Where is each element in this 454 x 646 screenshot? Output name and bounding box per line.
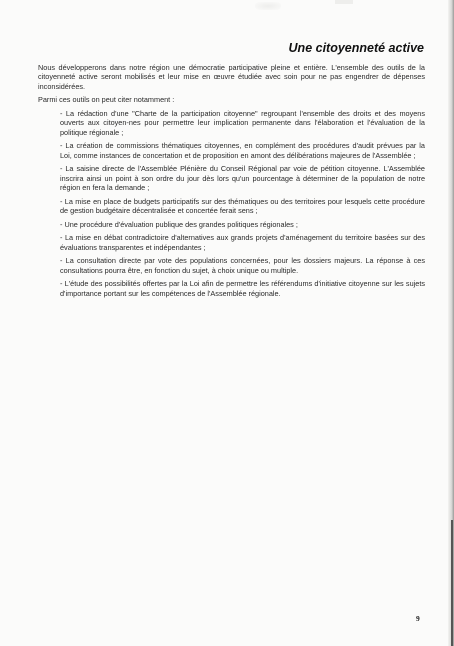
scan-artifact — [255, 2, 281, 10]
list-item: - La mise en débat contradictoire d'alte… — [60, 233, 425, 252]
list-item: - La saisine directe de l'Assemblée Plén… — [60, 164, 425, 192]
list-item: - L'étude des possibilités offertes par … — [60, 279, 425, 298]
section-title: Une citoyenneté active — [289, 41, 424, 55]
list-item: - La rédaction d'une "Charte de la parti… — [60, 109, 425, 137]
page-number: 9 — [416, 614, 420, 623]
lead-paragraph: Parmi ces outils on peut citer notamment… — [38, 95, 425, 104]
intro-paragraph: Nous développerons dans notre région une… — [38, 63, 425, 91]
list-item: - La mise en place de budgets participat… — [60, 197, 425, 216]
list-item: - Une procédure d'évaluation publique de… — [60, 220, 425, 229]
document-body: Nous développerons dans notre région une… — [38, 63, 425, 302]
tools-list: - La rédaction d'une "Charte de la parti… — [38, 109, 425, 298]
scan-artifact — [335, 0, 353, 4]
list-item: - La consultation directe par vote des p… — [60, 256, 425, 275]
page-edge-shadow — [451, 520, 453, 646]
list-item: - La création de commissions thématiques… — [60, 141, 425, 160]
